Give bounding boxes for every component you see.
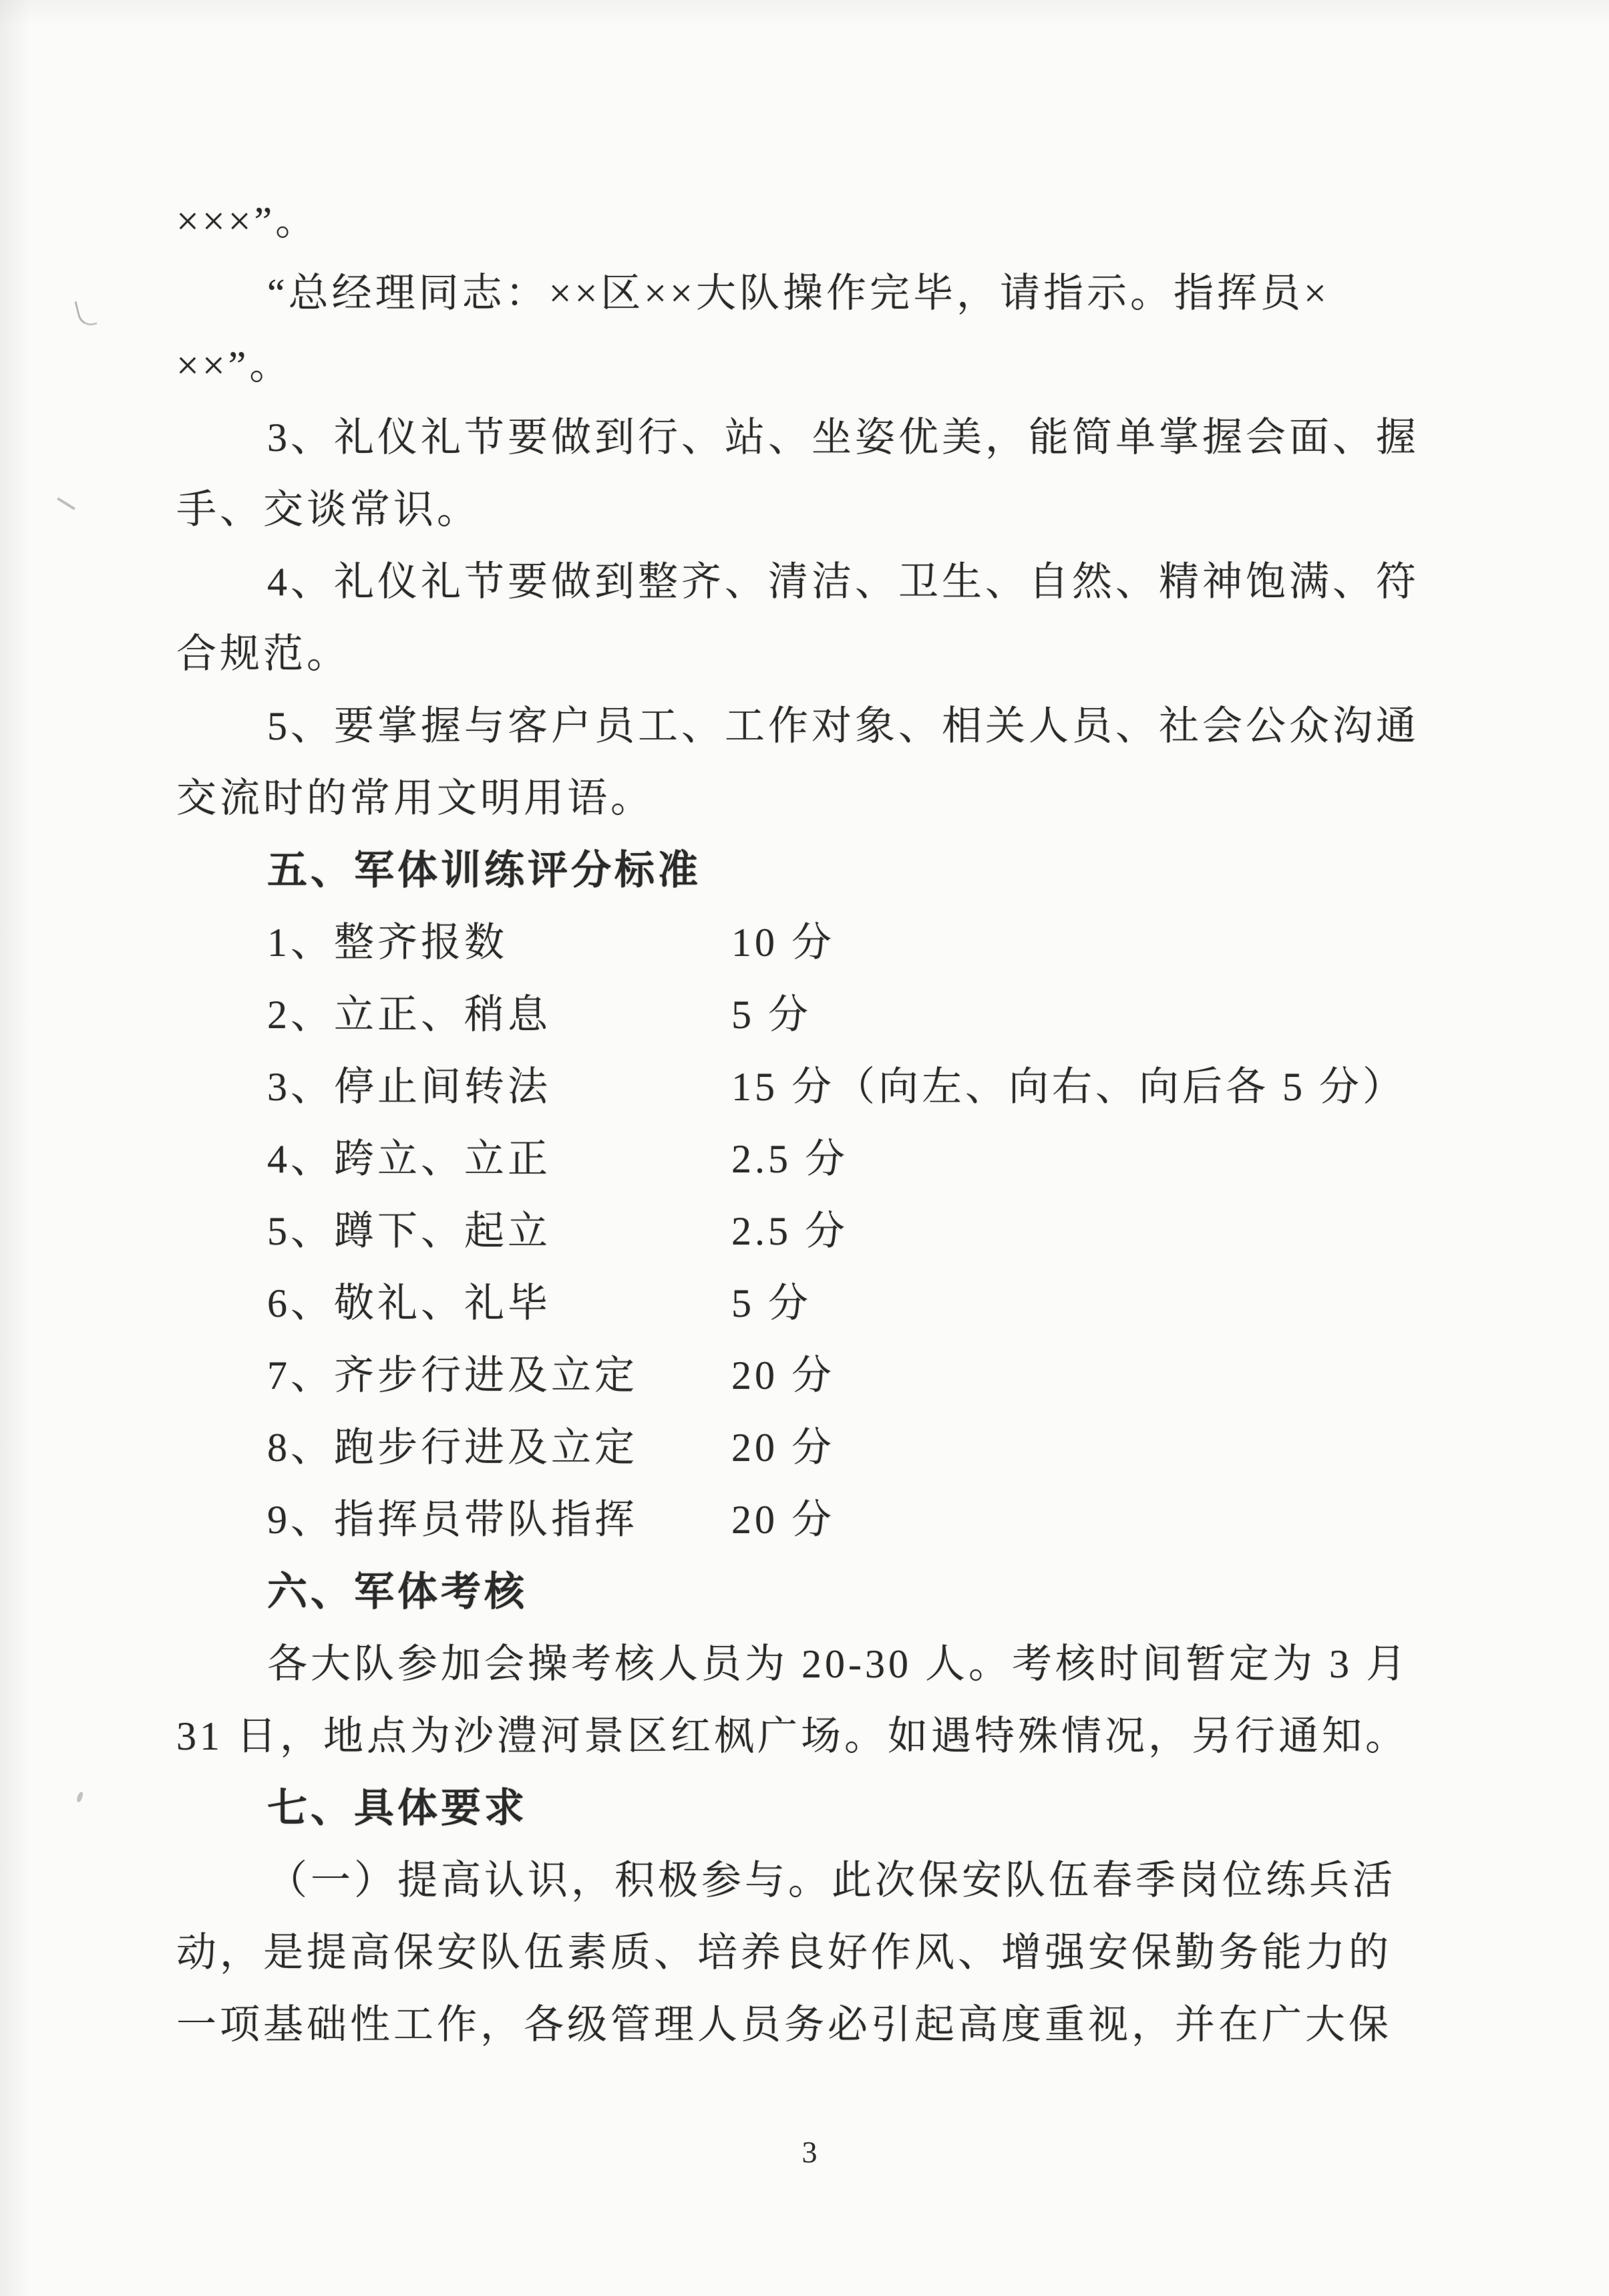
body-paragraph-line: 手、交谈常识。 [176, 474, 1452, 546]
quote-continuation-line: ××”。 [176, 329, 1452, 401]
score-item-label: 6、敬礼、礼毕 [267, 1267, 731, 1339]
body-paragraph-line: 动，是提高保安队伍素质、培养良好作风、增强安保勤务能力的 [176, 1917, 1452, 1989]
score-value: 20 分 [731, 1484, 835, 1556]
body-paragraph-line: （一）提高认识，积极参与。此次保安队伍春季岗位练兵活 [176, 1844, 1452, 1917]
score-item-label: 4、跨立、立正 [267, 1123, 731, 1195]
score-row: 3、停止间转法15 分（向左、向右、向后各 5 分） [176, 1051, 1452, 1123]
score-row: 4、跨立、立正2.5 分 [176, 1123, 1452, 1195]
score-row: 5、蹲下、起立2.5 分 [176, 1195, 1452, 1267]
score-value: 10 分 [731, 907, 835, 979]
section-heading-7: 七、具体要求 [176, 1772, 1452, 1844]
score-item-label: 2、立正、稍息 [267, 979, 731, 1051]
body-paragraph-line: 一项基础性工作，各级管理人员务必引起高度重视，并在广大保 [176, 1989, 1452, 2061]
score-value: 5 分 [731, 979, 812, 1051]
section-heading-6: 六、军体考核 [176, 1556, 1452, 1628]
score-row: 2、立正、稍息5 分 [176, 979, 1452, 1051]
quote-continuation-line: ×××”。 [176, 185, 1452, 257]
score-row: 8、跑步行进及立定20 分 [176, 1412, 1452, 1484]
score-value: 2.5 分 [731, 1123, 848, 1195]
body-paragraph-line: 5、要掌握与客户员工、工作对象、相关人员、社会公众沟通 [176, 690, 1452, 762]
quote-line: “总经理同志：××区××大队操作完毕，请指示。指挥员× [176, 257, 1452, 329]
score-item-label: 9、指挥员带队指挥 [267, 1484, 731, 1556]
score-row: 7、齐步行进及立定20 分 [176, 1339, 1452, 1412]
document-body: ×××”。 “总经理同志：××区××大队操作完毕，请指示。指挥员× ××”。 3… [176, 185, 1452, 2061]
score-item-label: 3、停止间转法 [267, 1051, 731, 1123]
score-item-label: 7、齐步行进及立定 [267, 1339, 731, 1412]
score-value: 15 分（向左、向右、向后各 5 分） [731, 1051, 1406, 1123]
scan-artifact [57, 497, 75, 510]
score-row: 1、整齐报数10 分 [176, 907, 1452, 979]
score-item-label: 5、蹲下、起立 [267, 1195, 731, 1267]
page-number: 3 [176, 2132, 1443, 2172]
body-paragraph-line: 3、礼仪礼节要做到行、站、坐姿优美，能简单掌握会面、握 [176, 401, 1452, 474]
score-item-label: 8、跑步行进及立定 [267, 1412, 731, 1484]
scanned-document-page: ×××”。 “总经理同志：××区××大队操作完毕，请指示。指挥员× ××”。 3… [0, 0, 1609, 2296]
body-paragraph-line: 合规范。 [176, 618, 1452, 690]
score-item-label: 1、整齐报数 [267, 907, 731, 979]
body-paragraph-line: 4、礼仪礼节要做到整齐、清洁、卫生、自然、精神饱满、符 [176, 546, 1452, 618]
score-value: 2.5 分 [731, 1195, 848, 1267]
scan-artifact [76, 1791, 84, 1802]
score-value: 5 分 [731, 1267, 812, 1339]
section-heading-5: 五、军体训练评分标准 [176, 834, 1452, 907]
score-value: 20 分 [731, 1339, 835, 1412]
body-paragraph-line: 31 日，地点为沙澧河景区红枫广场。如遇特殊情况，另行通知。 [176, 1700, 1452, 1772]
score-value: 20 分 [731, 1412, 835, 1484]
body-paragraph-line: 各大队参加会操考核人员为 20-30 人。考核时间暂定为 3 月 [176, 1628, 1452, 1700]
score-row: 9、指挥员带队指挥20 分 [176, 1484, 1452, 1556]
body-paragraph-line: 交流时的常用文明用语。 [176, 762, 1452, 834]
scan-artifact [74, 298, 97, 329]
score-row: 6、敬礼、礼毕5 分 [176, 1267, 1452, 1339]
